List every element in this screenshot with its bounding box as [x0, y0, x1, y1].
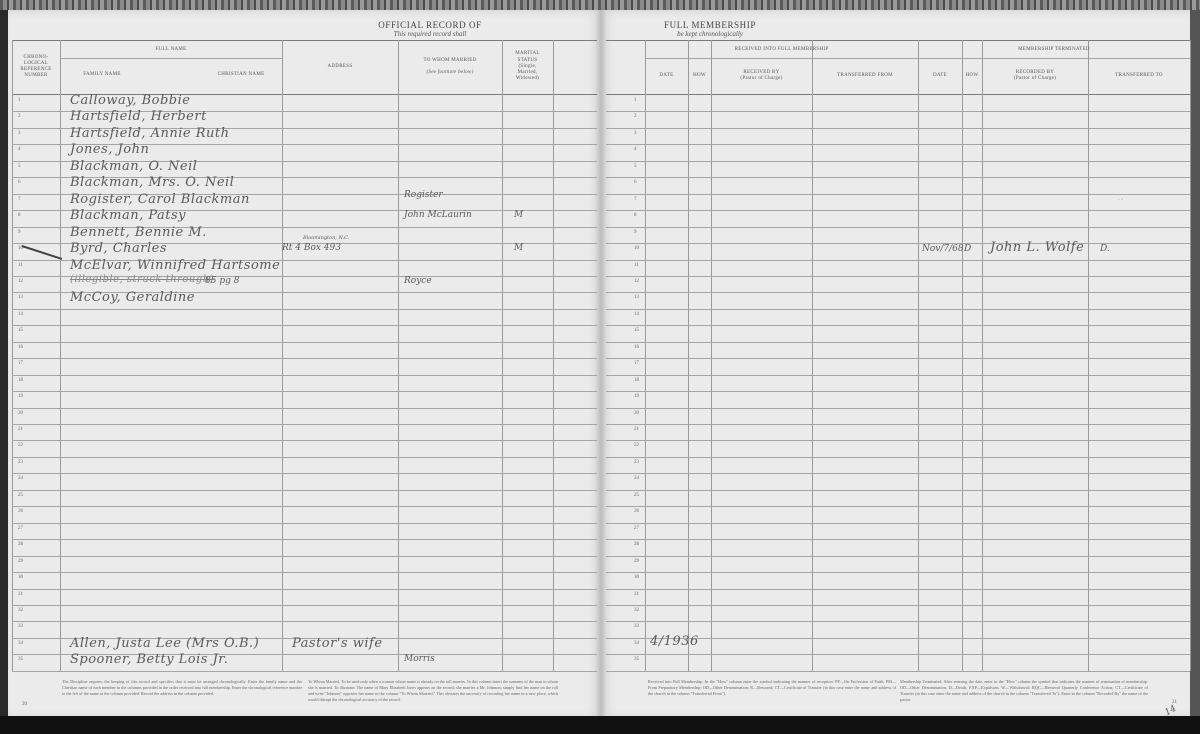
row-rule — [12, 523, 597, 524]
header-term-date: DATE — [918, 60, 962, 92]
row-number: 28 — [18, 542, 23, 547]
stray-mark: . : — [1118, 196, 1123, 202]
row-number: 23 — [634, 460, 639, 465]
row-rule — [606, 194, 1190, 195]
column-rule — [962, 40, 963, 671]
section-received-into-full-membership: RECEIVED INTO FULL MEMBERSHIP — [645, 42, 918, 58]
row-rule — [12, 457, 597, 458]
row-number: 9 — [634, 230, 637, 235]
row-number: 25 — [634, 493, 639, 498]
member-address: Rt 4 Box 493 — [282, 243, 341, 253]
member-address: Pastor's wife — [292, 636, 383, 651]
row-number: 2 — [634, 114, 637, 119]
married-to: Royce — [404, 276, 432, 286]
row-number: 4 — [634, 147, 637, 152]
row-rule — [606, 408, 1190, 409]
row-number: 14 — [18, 312, 23, 317]
member-name: Spooner, Betty Lois Jr. — [70, 652, 228, 667]
column-rule — [502, 40, 503, 671]
row-number: 12 — [18, 279, 23, 284]
header-top-rule — [606, 40, 1190, 41]
row-number: 13 — [18, 295, 23, 300]
row-rule — [12, 605, 597, 606]
row-rule — [606, 539, 1190, 540]
address-note: Bloomington, N.C. — [303, 235, 349, 241]
column-rule — [12, 40, 13, 671]
row-rule — [606, 144, 1190, 145]
row-rule — [606, 358, 1190, 359]
row-number: 24 — [18, 476, 23, 481]
row-number: 5 — [18, 164, 21, 169]
column-rule — [553, 40, 554, 671]
left-page-title: OFFICIAL RECORD OF — [340, 20, 520, 30]
row-rule — [12, 473, 597, 474]
row-rule — [12, 408, 597, 409]
header-reference-number: CHRONO- LOGICAL REFERENCE NUMBER — [12, 42, 60, 92]
row-rule — [606, 227, 1190, 228]
row-rule — [606, 473, 1190, 474]
right-page-title: FULL MEMBERSHIP — [620, 20, 800, 30]
header-date: DATE — [645, 60, 688, 92]
married-to: Morris — [404, 654, 435, 664]
row-number: 1 — [18, 98, 21, 103]
column-rule — [688, 40, 689, 671]
header-marital-status: MARITAL STATUS (Single, Married, Widowed… — [502, 42, 553, 92]
row-number: 35 — [634, 657, 639, 662]
row-rule — [606, 161, 1190, 162]
column-rule — [398, 40, 399, 671]
member-name: Calloway, Bobbie — [70, 93, 190, 108]
termination-how: D — [964, 244, 971, 254]
row-number: 14 — [634, 312, 639, 317]
marital-status-value: M — [514, 210, 523, 220]
row-rule — [12, 375, 597, 376]
row-number: 12 — [634, 279, 639, 284]
member-name: Allen, Justa Lee (Mrs O.B.) — [70, 636, 259, 651]
row-rule — [606, 260, 1190, 261]
row-rule — [606, 391, 1190, 392]
row-rule — [606, 457, 1190, 458]
row-number: 30 — [18, 575, 23, 580]
row-number: 22 — [18, 443, 23, 448]
right-page-subtitle: be kept chronologically — [620, 30, 800, 38]
row-rule — [606, 556, 1190, 557]
member-name-struck: (illegible, struck through) — [70, 274, 214, 285]
row-number: 2 — [18, 114, 21, 119]
column-rule — [918, 40, 919, 671]
member-name: Hartsfield, Herbert — [70, 109, 207, 124]
row-number: 1 — [634, 98, 637, 103]
termination-date: Nov/7/68 — [922, 244, 964, 254]
row-rule — [606, 128, 1190, 129]
row-rule — [12, 440, 597, 441]
row-rule — [606, 523, 1190, 524]
row-number: 11 — [634, 263, 639, 268]
footnote-terminated: Membership Terminated. After entering th… — [900, 679, 1148, 703]
member-name: Byrd, Charles — [70, 241, 167, 256]
member-name: Rogister, Carol Blackman — [70, 192, 250, 207]
row-number: 17 — [634, 361, 639, 366]
row-number: 10 — [634, 246, 639, 251]
section-membership-terminated: MEMBERSHIP TERMINATED — [918, 42, 1190, 58]
row-rule — [606, 375, 1190, 376]
marital-status-value: M — [514, 243, 523, 253]
row-number: 8 — [18, 213, 21, 218]
transferred-to-value: D. — [1100, 244, 1110, 254]
row-rule — [12, 506, 597, 507]
column-rule — [1190, 40, 1191, 671]
header-address: ADDRESS — [282, 42, 398, 92]
header-term-how: HOW — [962, 60, 982, 92]
book-bottom-edge — [0, 716, 1200, 734]
footnote-received: Received into Full Membership. In the "H… — [648, 679, 896, 697]
row-number: 8 — [634, 213, 637, 218]
book-edge-right — [1190, 10, 1200, 718]
row-number: 21 — [634, 427, 639, 432]
column-rule — [60, 40, 61, 671]
row-rule — [12, 358, 597, 359]
footnote-to-whom-married: To Whom Married. To be used only when a … — [308, 679, 558, 703]
page-number-left: 20 — [22, 702, 27, 707]
row-number: 21 — [18, 427, 23, 432]
row-number: 33 — [634, 624, 639, 629]
row-number: 25 — [18, 493, 23, 498]
married-to: John McLaurin — [404, 210, 472, 220]
row-number: 17 — [18, 361, 23, 366]
row-number: 6 — [634, 180, 637, 185]
row-rule — [12, 325, 597, 326]
row-number: 30 — [634, 575, 639, 580]
row-number: 15 — [634, 328, 639, 333]
header-full-name: FULL NAME — [60, 42, 282, 58]
row-number: 6 — [18, 180, 21, 185]
member-name: Blackman, Patsy — [70, 208, 186, 223]
header-transferred-to: TRANSFERRED TO — [1088, 60, 1190, 92]
row-number: 31 — [18, 592, 23, 597]
row-number: 3 — [634, 131, 637, 136]
row-number: 27 — [18, 526, 23, 531]
header-to-whom-married-note: (See footnote below) — [398, 66, 502, 80]
column-rule — [982, 40, 983, 671]
row-rule — [12, 309, 597, 310]
row-rule — [606, 424, 1190, 425]
header-top-rule — [12, 40, 597, 41]
row-rule — [12, 424, 597, 425]
row-number: 20 — [634, 411, 639, 416]
row-rule — [606, 309, 1190, 310]
row-rule — [12, 342, 597, 343]
row-rule — [12, 671, 597, 672]
received-date: 4/1936 — [650, 634, 699, 649]
row-number: 24 — [634, 476, 639, 481]
member-name: Jones, John — [70, 142, 149, 157]
row-number: 22 — [634, 443, 639, 448]
row-rule — [606, 111, 1190, 112]
row-rule — [606, 589, 1190, 590]
member-name: Bennett, Bennie M. — [70, 225, 207, 240]
header-transferred-from: TRANSFERRED FROM — [812, 60, 918, 92]
row-number: 32 — [634, 608, 639, 613]
row-number: 34 — [18, 641, 23, 646]
row-number: 13 — [634, 295, 639, 300]
row-number: 29 — [18, 559, 23, 564]
row-number: 18 — [18, 378, 23, 383]
column-rule — [645, 40, 646, 671]
header-received-by: RECEIVED BY (Pastor of Charge) — [711, 60, 812, 92]
member-name: Blackman, O. Neil — [70, 159, 197, 174]
header-bottom-rule — [606, 94, 1190, 95]
row-rule — [606, 292, 1190, 293]
row-number: 15 — [18, 328, 23, 333]
row-rule — [606, 506, 1190, 507]
row-note: 85 pg 8 — [205, 276, 239, 286]
row-rule — [606, 605, 1190, 606]
row-number: 4 — [18, 147, 21, 152]
row-rule — [606, 342, 1190, 343]
row-number: 23 — [18, 460, 23, 465]
row-rule — [12, 490, 597, 491]
row-number: 35 — [18, 657, 23, 662]
row-number: 26 — [634, 509, 639, 514]
row-number: 33 — [18, 624, 23, 629]
row-rule — [606, 276, 1190, 277]
row-number: 20 — [18, 411, 23, 416]
member-name: McElvar, Winnifred Hartsome — [70, 258, 280, 273]
book-spine — [596, 10, 606, 718]
row-number: 19 — [18, 394, 23, 399]
row-number: 5 — [634, 164, 637, 169]
row-rule — [606, 210, 1190, 211]
row-number: 16 — [634, 345, 639, 350]
row-number: 7 — [18, 197, 21, 202]
column-rule — [711, 40, 712, 671]
row-number: 26 — [18, 509, 23, 514]
row-number: 16 — [18, 345, 23, 350]
row-number: 32 — [18, 608, 23, 613]
member-name: Blackman, Mrs. O. Neil — [70, 175, 234, 190]
row-rule — [12, 391, 597, 392]
row-rule — [606, 440, 1190, 441]
row-rule — [606, 177, 1190, 178]
row-rule — [12, 621, 597, 622]
row-number: 18 — [634, 378, 639, 383]
row-number: 27 — [634, 526, 639, 531]
row-number: 31 — [634, 592, 639, 597]
row-rule — [606, 490, 1190, 491]
married-to: Rogister — [404, 190, 443, 200]
row-rule — [606, 621, 1190, 622]
footnote-discipline: The Discipline requires the keeping of t… — [62, 679, 302, 697]
row-number: 11 — [18, 263, 23, 268]
row-rule — [606, 572, 1190, 573]
row-rule — [12, 572, 597, 573]
row-number: 29 — [634, 559, 639, 564]
header-christian-name: CHRISTIAN NAME — [200, 60, 282, 90]
header-recorded-by: RECORDED BY (Pastor of Charge) — [982, 60, 1088, 92]
row-rule — [606, 671, 1190, 672]
recorded-by-signature: John L. Wolfe — [990, 240, 1084, 255]
full-name-subrule — [60, 58, 282, 59]
row-rule — [12, 589, 597, 590]
row-rule — [606, 654, 1190, 655]
header-family-name: FAMILY NAME — [62, 60, 142, 90]
row-number: 28 — [634, 542, 639, 547]
member-name: Hartsfield, Annie Ruth — [70, 126, 229, 141]
row-rule — [12, 556, 597, 557]
row-number: 19 — [634, 394, 639, 399]
member-name: McCoy, Geraldine — [70, 290, 195, 305]
column-rule — [282, 40, 283, 671]
left-page-subtitle: This required record shall — [340, 30, 520, 38]
row-rule — [606, 325, 1190, 326]
row-rule — [12, 539, 597, 540]
header-how: HOW — [688, 60, 711, 92]
column-rule — [1088, 40, 1089, 671]
row-number: 3 — [18, 131, 21, 136]
row-number: 34 — [634, 641, 639, 646]
column-rule — [812, 40, 813, 671]
row-number: 7 — [634, 197, 637, 202]
row-number: 9 — [18, 230, 21, 235]
